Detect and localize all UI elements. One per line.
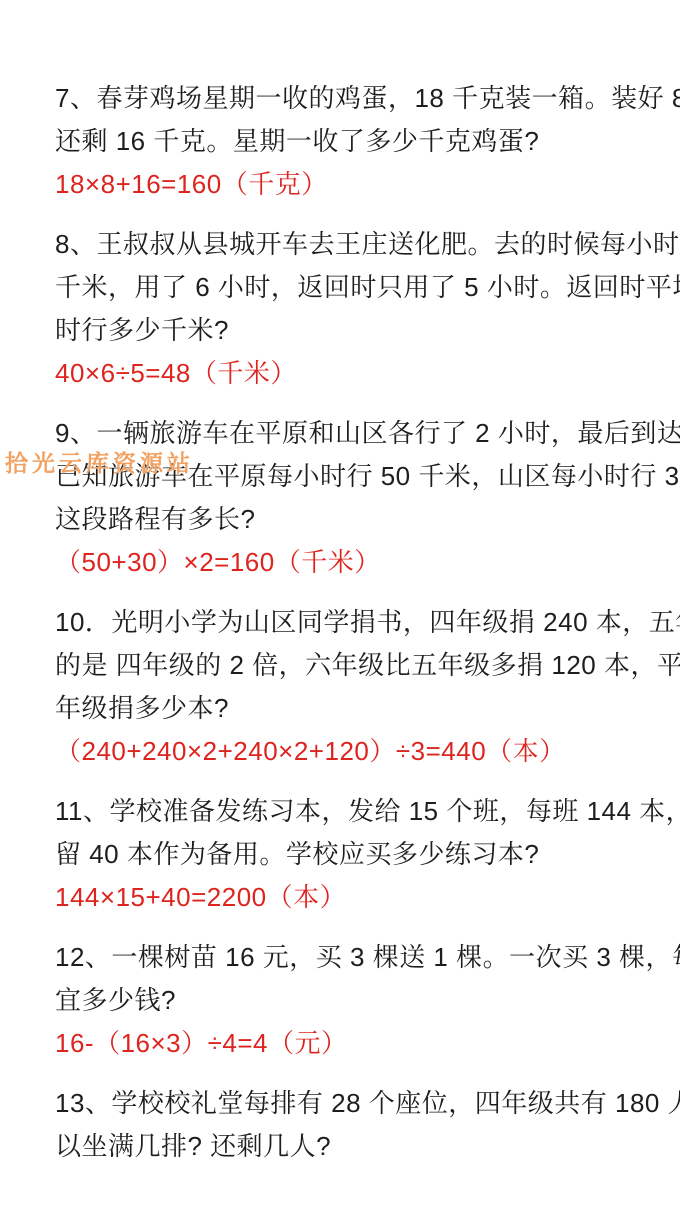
problem-7: 7、春芽鸡场星期一收的鸡蛋，18 千克装一箱。装好 8 箱后 还剩 16 千克。…	[55, 77, 652, 206]
problem-12: 12、一棵树苗 16 元，买 3 棵送 1 棵。一次买 3 棵，每棵便 宜多少钱…	[55, 936, 652, 1065]
problem-11: 11、学校准备发练习本，发给 15 个班，每班 144 本，还要 留 40 本作…	[55, 790, 652, 919]
answer-line: 40×6÷5=48（千米）	[55, 352, 652, 395]
question-line: 7、春芽鸡场星期一收的鸡蛋，18 千克装一箱。装好 8 箱后	[55, 77, 652, 120]
answer-line: （50+30）×2=160（千米）	[55, 541, 652, 584]
question-line: 还剩 16 千克。星期一收了多少千克鸡蛋?	[55, 120, 652, 163]
question-line: 13、学校校礼堂每排有 28 个座位，四年级共有 180 人，可	[55, 1082, 652, 1125]
problem-10: 10．光明小学为山区同学捐书，四年级捐 240 本，五年级捐 的是 四年级的 2…	[55, 601, 652, 773]
problems-list: 7、春芽鸡场星期一收的鸡蛋，18 千克装一箱。装好 8 箱后 还剩 16 千克。…	[0, 0, 680, 1168]
answer-line: 18×8+16=160（千克）	[55, 163, 652, 206]
problem-8: 8、王叔叔从县城开车去王庄送化肥。去的时候每小时行 40 千米，用了 6 小时，…	[55, 223, 652, 395]
question-line: 11、学校准备发练习本，发给 15 个班，每班 144 本，还要	[55, 790, 652, 833]
answer-line: 144×15+40=2200（本）	[55, 876, 652, 919]
question-line: 8、王叔叔从县城开车去王庄送化肥。去的时候每小时行 40	[55, 223, 652, 266]
question-line: 年级捐多少本?	[55, 687, 652, 730]
worksheet-page: 拾光云库资源站 7、春芽鸡场星期一收的鸡蛋，18 千克装一箱。装好 8 箱后 还…	[0, 0, 680, 1209]
question-line: 10．光明小学为山区同学捐书，四年级捐 240 本，五年级捐	[55, 601, 652, 644]
question-line: 以坐满几排? 还剩几人?	[55, 1125, 652, 1168]
watermark: 拾光云库资源站	[5, 449, 194, 477]
question-line: 时行多少千米?	[55, 309, 652, 352]
question-line: 的是 四年级的 2 倍，六年级比五年级多捐 120 本，平均每个	[55, 644, 652, 687]
question-line: 12、一棵树苗 16 元，买 3 棵送 1 棵。一次买 3 棵，每棵便	[55, 936, 652, 979]
question-line: 留 40 本作为备用。学校应买多少练习本?	[55, 833, 652, 876]
problem-13: 13、学校校礼堂每排有 28 个座位，四年级共有 180 人，可 以坐满几排? …	[55, 1082, 652, 1168]
problem-9: 9、一辆旅游车在平原和山区各行了 2 小时，最后到达山顶。 已知旅游车在平原每小…	[55, 412, 652, 584]
question-line: 千米，用了 6 小时，返回时只用了 5 小时。返回时平均每小	[55, 266, 652, 309]
question-line: 宜多少钱?	[55, 979, 652, 1022]
question-line: 这段路程有多长?	[55, 498, 652, 541]
answer-line: 16-（16×3）÷4=4（元）	[55, 1022, 652, 1065]
answer-line: （240+240×2+240×2+120）÷3=440（本）	[55, 730, 652, 773]
